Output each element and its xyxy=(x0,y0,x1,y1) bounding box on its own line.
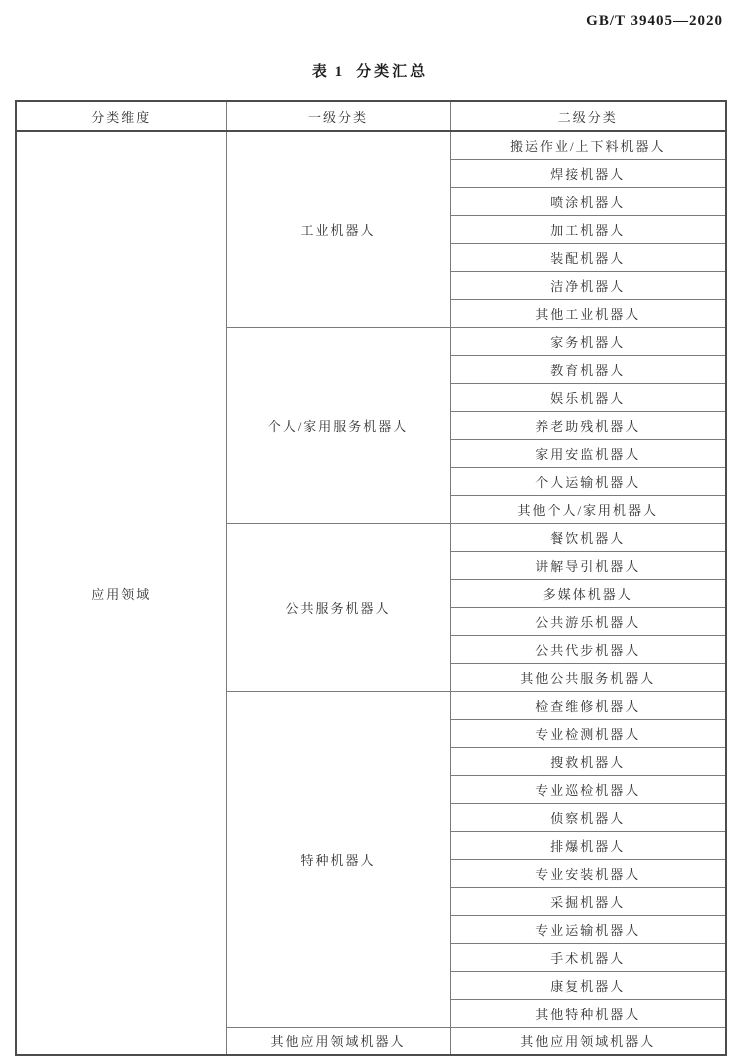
level2-cell: 餐饮机器人 xyxy=(450,523,726,551)
level2-cell: 其他特种机器人 xyxy=(450,999,726,1027)
level2-cell: 喷涂机器人 xyxy=(450,187,726,215)
level2-cell: 侦察机器人 xyxy=(450,803,726,831)
header-dimension: 分类维度 xyxy=(16,101,226,131)
level2-cell: 专业检测机器人 xyxy=(450,719,726,747)
level2-cell: 专业巡检机器人 xyxy=(450,775,726,803)
level2-cell: 其他工业机器人 xyxy=(450,299,726,327)
level2-cell: 专业安装机器人 xyxy=(450,859,726,887)
header-level1: 一级分类 xyxy=(226,101,450,131)
level2-cell: 检查维修机器人 xyxy=(450,691,726,719)
document-number: GB/T 39405—2020 xyxy=(586,13,723,30)
level2-cell: 其他个人/家用机器人 xyxy=(450,495,726,523)
header-level2: 二级分类 xyxy=(450,101,726,131)
level2-cell: 加工机器人 xyxy=(450,215,726,243)
level2-cell: 搬运作业/上下料机器人 xyxy=(450,131,726,159)
table-row: 应用领域工业机器人搬运作业/上下料机器人 xyxy=(16,131,726,159)
table-header-row: 分类维度 一级分类 二级分类 xyxy=(16,101,726,131)
level2-cell: 讲解导引机器人 xyxy=(450,551,726,579)
level2-cell: 其他应用领域机器人 xyxy=(450,1027,726,1055)
level2-cell: 娱乐机器人 xyxy=(450,383,726,411)
level2-cell: 家务机器人 xyxy=(450,327,726,355)
level2-cell: 焊接机器人 xyxy=(450,159,726,187)
level2-cell: 家用安监机器人 xyxy=(450,439,726,467)
level2-cell: 手术机器人 xyxy=(450,943,726,971)
level2-cell: 康复机器人 xyxy=(450,971,726,999)
table-title-text: 分类汇总 xyxy=(356,64,428,80)
classification-table: 分类维度 一级分类 二级分类 应用领域工业机器人搬运作业/上下料机器人焊接机器人… xyxy=(15,100,727,1056)
level2-cell: 教育机器人 xyxy=(450,355,726,383)
level2-cell: 专业运输机器人 xyxy=(450,915,726,943)
level2-cell: 公共游乐机器人 xyxy=(450,607,726,635)
level2-cell: 洁净机器人 xyxy=(450,271,726,299)
level2-cell: 其他公共服务机器人 xyxy=(450,663,726,691)
level2-cell: 个人运输机器人 xyxy=(450,467,726,495)
level2-cell: 排爆机器人 xyxy=(450,831,726,859)
level1-cell: 个人/家用服务机器人 xyxy=(226,327,450,523)
dimension-cell: 应用领域 xyxy=(16,131,226,1055)
classification-table-body: 应用领域工业机器人搬运作业/上下料机器人焊接机器人喷涂机器人加工机器人装配机器人… xyxy=(16,131,726,1055)
level2-cell: 养老助残机器人 xyxy=(450,411,726,439)
level1-cell: 特种机器人 xyxy=(226,691,450,1027)
level2-cell: 搜救机器人 xyxy=(450,747,726,775)
level1-cell: 其他应用领域机器人 xyxy=(226,1027,450,1055)
level2-cell: 装配机器人 xyxy=(450,243,726,271)
level2-cell: 公共代步机器人 xyxy=(450,635,726,663)
level2-cell: 采掘机器人 xyxy=(450,887,726,915)
level1-cell: 公共服务机器人 xyxy=(226,523,450,691)
level1-cell: 工业机器人 xyxy=(226,131,450,327)
table-title: 表 1分类汇总 xyxy=(0,60,740,81)
table-title-prefix: 表 1 xyxy=(312,64,344,80)
level2-cell: 多媒体机器人 xyxy=(450,579,726,607)
